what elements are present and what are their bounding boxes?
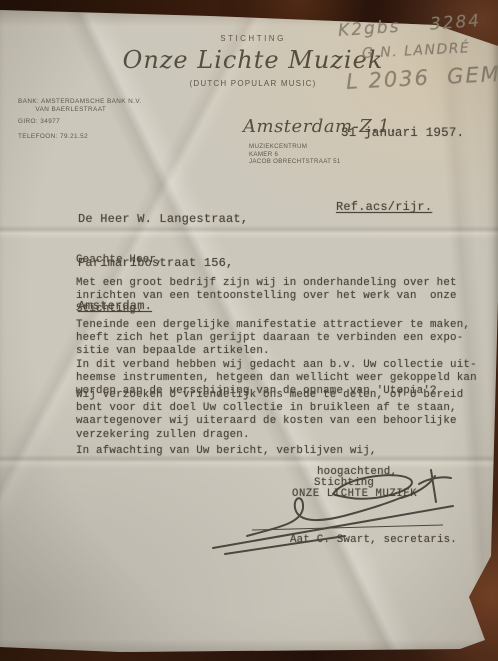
letterhead-office-address: MUZIEKCENTRUM KAMER 6 JACOB OBRECHTSTRAA…: [249, 143, 341, 166]
body-paragraph-2: Teneinde een dergelijke manifestatie att…: [76, 319, 477, 398]
letterhead-giro-number: GIRO: 34977: [18, 118, 60, 125]
letterhead-bank-details: BANK: AMSTERDAMSCHE BANK N.V. VAN BAERLE…: [18, 98, 142, 114]
recipient-name: De Heer W. Langestraat,: [78, 212, 248, 227]
reference-line: Ref.acs/rijr.: [336, 200, 432, 214]
signature-ink: [205, 450, 465, 565]
salutation: Geachte Heer,: [76, 254, 163, 266]
signatory-name: Aat C. Swart, secretaris.: [290, 534, 457, 546]
body-paragraph-1: Met een groot bedrijf zijn wij in onderh…: [76, 277, 457, 317]
letter-photo: STICHTING Onze Lichte Muziek (DUTCH POPU…: [0, 0, 498, 661]
dateline-date: 31 januari 1957.: [341, 126, 464, 140]
body-paragraph-3: Wij verzoeken U vriendelijk ons mede te …: [76, 389, 463, 442]
letterhead-org-subtitle: (DUTCH POPULAR MUSIC): [128, 79, 378, 88]
letterhead-phone-number: TELEFOON: 79.21.52: [18, 133, 88, 140]
